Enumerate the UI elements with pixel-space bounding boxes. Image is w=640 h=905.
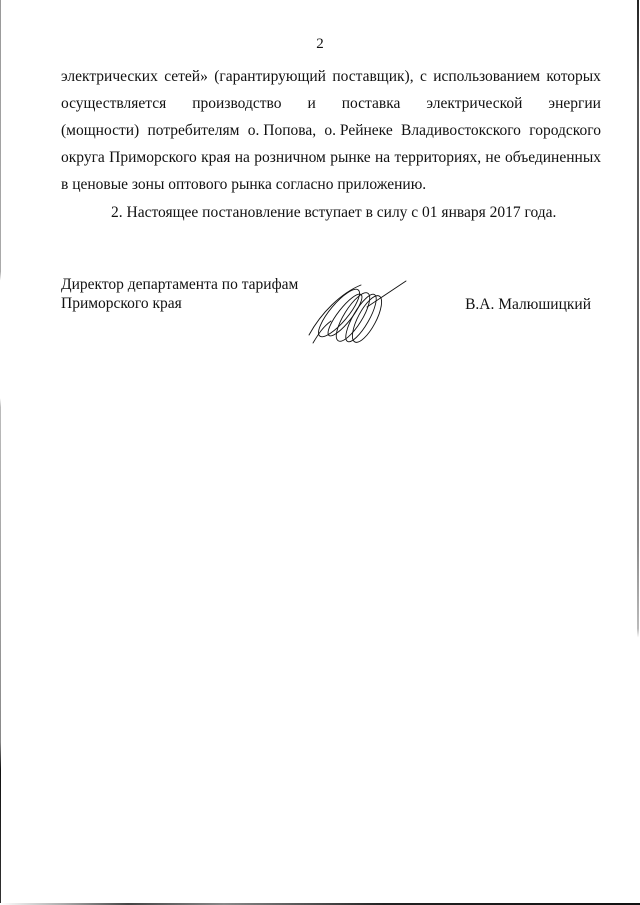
- signatory-title-line-2: Приморского края: [61, 294, 298, 313]
- paragraph-1-line-4: округа Приморского края на розничном рын…: [61, 144, 601, 171]
- signatory-name: В.А. Малюшицкий: [465, 295, 591, 314]
- paragraph-1-line-3: (мощности) потребителям о. Попова, о. Ре…: [61, 117, 601, 144]
- document-page: 2 электрических сетей» (гарантирующий по…: [0, 0, 640, 905]
- scan-edge-left: [0, 0, 1, 905]
- handwritten-signature-icon: [301, 273, 411, 348]
- signature-block: Директор департамента по тарифам Приморс…: [61, 275, 601, 355]
- paragraph-2: 2. Настоящее постановление вступает в си…: [61, 199, 601, 226]
- paragraph-1: электрических сетей» (гарантирующий пост…: [61, 63, 601, 198]
- paragraph-2-text: 2. Настоящее постановление вступает в си…: [61, 199, 601, 226]
- paragraph-1-line-2: осуществляется производство и поставка э…: [61, 90, 601, 117]
- paragraph-1-line-5: в ценовые зоны оптового рынка согласно п…: [61, 171, 601, 198]
- paragraph-1-line-1: электрических сетей» (гарантирующий пост…: [61, 63, 601, 90]
- signatory-title: Директор департамента по тарифам Приморс…: [61, 275, 298, 313]
- scan-edge-right: [637, 0, 639, 898]
- page-number: 2: [0, 36, 640, 53]
- signatory-title-line-1: Директор департамента по тарифам: [61, 275, 298, 294]
